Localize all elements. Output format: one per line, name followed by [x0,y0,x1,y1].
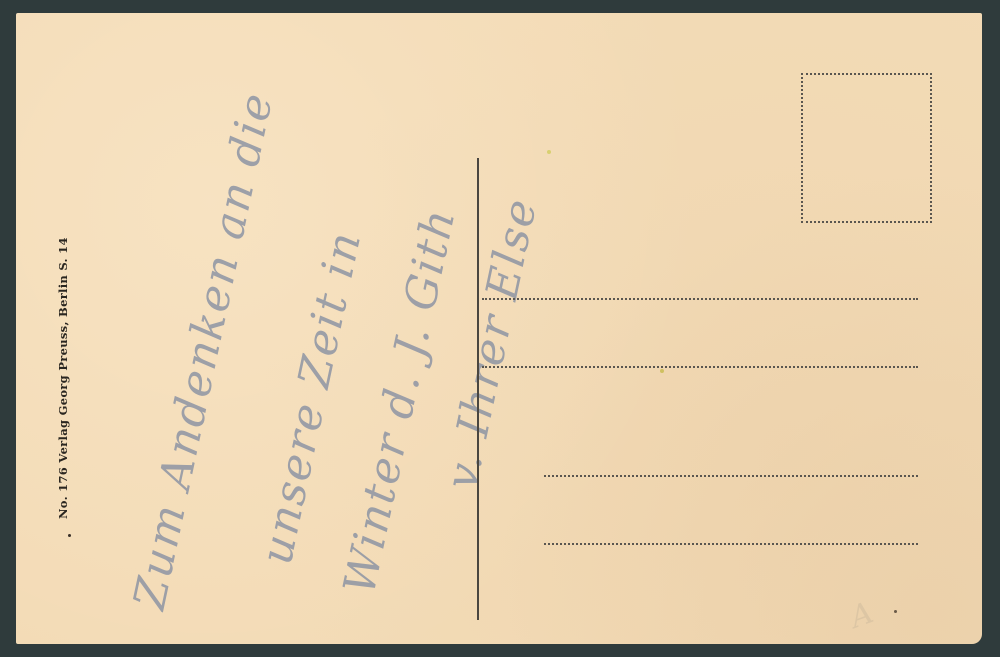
address-line-2 [482,366,918,368]
paper-speck [660,369,664,373]
center-divider-line [477,158,479,620]
address-line-1 [482,298,918,300]
paper-speck [894,610,897,613]
paper-speck [547,150,551,154]
pencil-notation: A [846,595,878,635]
postcard: No. 176 Verlag Georg Preuss, Berlin S. 1… [16,13,982,644]
paper-speck [68,534,71,537]
address-line-3 [544,475,918,477]
address-line-4 [544,543,918,545]
publisher-imprint: No. 176 Verlag Georg Preuss, Berlin S. 1… [56,237,70,519]
stamp-box [801,73,932,223]
